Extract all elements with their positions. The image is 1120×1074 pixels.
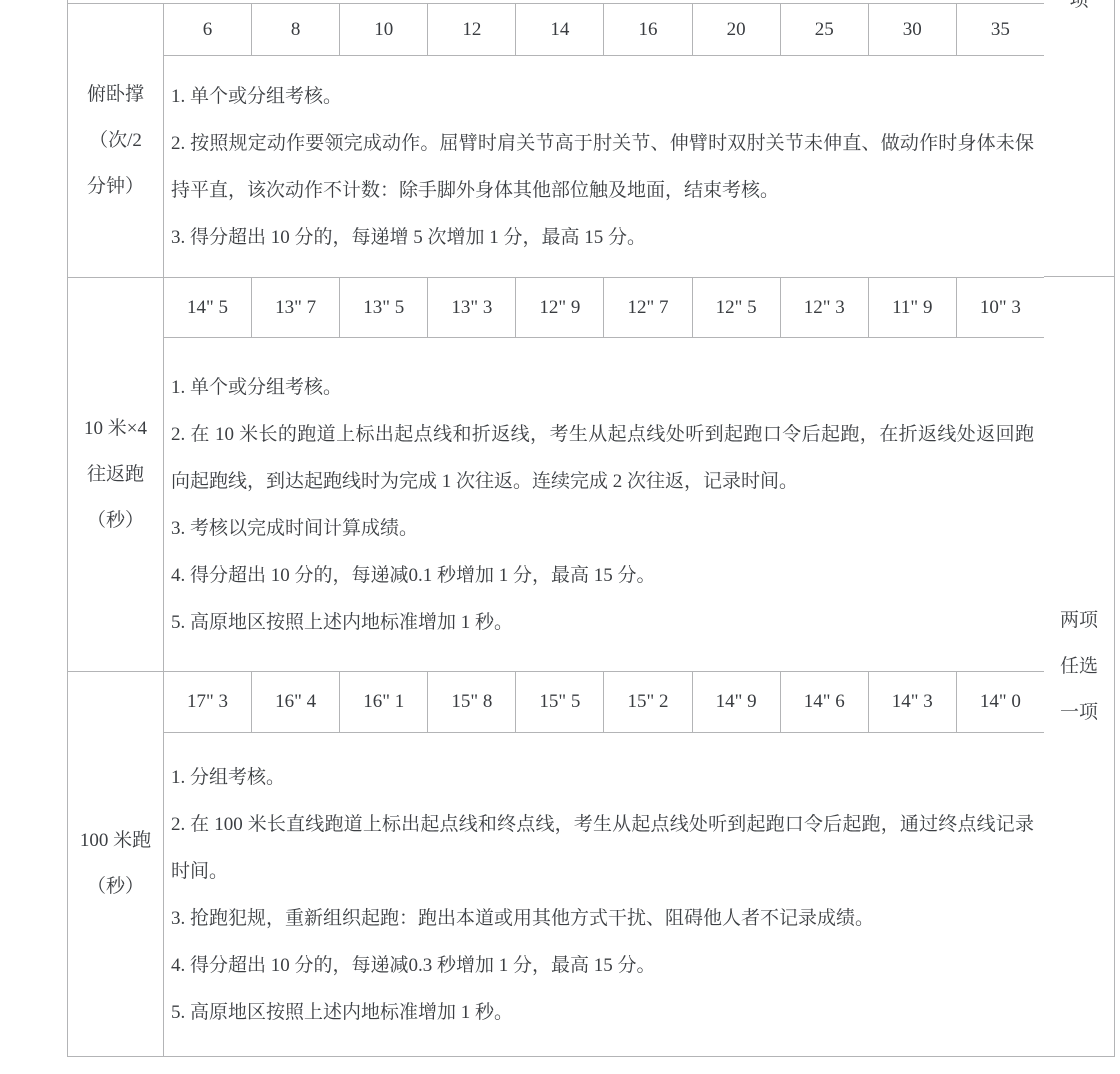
score-cell: 13" 3 <box>428 278 516 337</box>
score-header-row: 14" 5 13" 7 13" 5 13" 3 12" 9 12" 7 12" … <box>164 278 1044 338</box>
note-line: 3. 得分超出 10 分的，每递增 5 次增加 1 分，最高 15 分。 <box>171 214 1034 261</box>
selector-column: 项 两项 任选 一项 <box>1044 0 1115 1057</box>
note-line: 3. 考核以完成时间计算成绩。 <box>171 505 1034 552</box>
note-line: 1. 单个或分组考核。 <box>171 364 1034 411</box>
score-cell: 15" 8 <box>428 672 516 732</box>
score-cell: 10 <box>340 4 428 55</box>
item-name-pushups: 俯卧撑 （次/2 分钟） <box>68 4 164 277</box>
score-cell: 17" 3 <box>164 672 252 732</box>
score-header-row: 6 8 10 12 14 16 20 25 30 35 <box>164 4 1044 56</box>
score-cell: 15" 2 <box>604 672 692 732</box>
selector-top-cell: 项 <box>1044 0 1114 277</box>
score-cell: 14" 6 <box>781 672 869 732</box>
score-cell: 14" 0 <box>957 672 1044 732</box>
score-cell: 13" 7 <box>252 278 340 337</box>
score-cell: 16" 4 <box>252 672 340 732</box>
note-line: 1. 单个或分组考核。 <box>171 73 1034 120</box>
score-cell: 6 <box>164 4 252 55</box>
notes-cell: 1. 单个或分组考核。 2. 按照规定动作要领完成动作。屈臂时肩关节高于肘关节、… <box>164 56 1044 277</box>
score-cell: 10" 3 <box>957 278 1044 337</box>
score-cell: 35 <box>957 4 1044 55</box>
score-cell: 8 <box>252 4 340 55</box>
note-line: 4. 得分超出 10 分的，每递减0.3 秒增加 1 分，最高 15 分。 <box>171 942 1034 989</box>
note-line: 2. 在 100 米长直线跑道上标出起点线和终点线，考生从起点线处听到起跑口令后… <box>171 801 1034 895</box>
table-row-100m-run: 100 米跑 （秒） 17" 3 16" 4 16" 1 15" 8 15" 5… <box>68 671 1044 1056</box>
score-cell: 14" 9 <box>693 672 781 732</box>
score-cell: 12" 9 <box>516 278 604 337</box>
score-cell: 30 <box>869 4 957 55</box>
note-line: 3. 抢跑犯规，重新组织起跑：跑出本道或用其他方式干扰、阻碍他人者不记录成绩。 <box>171 895 1034 942</box>
item-name-shuttle-run: 10 米×4 往返跑 （秒） <box>68 278 164 671</box>
score-cell: 16 <box>604 4 692 55</box>
table-row-shuttle-run: 10 米×4 往返跑 （秒） 14" 5 13" 7 13" 5 13" 3 1… <box>68 277 1044 671</box>
score-cell: 16" 1 <box>340 672 428 732</box>
notes-cell: 1. 分组考核。 2. 在 100 米长直线跑道上标出起点线和终点线，考生从起点… <box>164 733 1044 1056</box>
document-page: 俯卧撑 （次/2 分钟） 6 8 10 12 14 16 20 25 30 35… <box>0 0 1120 1074</box>
score-cell: 12" 7 <box>604 278 692 337</box>
note-line: 5. 高原地区按照上述内地标准增加 1 秒。 <box>171 989 1034 1036</box>
score-cell: 11" 9 <box>869 278 957 337</box>
score-cell: 13" 5 <box>340 278 428 337</box>
selector-choose-one-of-two: 两项 任选 一项 <box>1044 277 1114 1056</box>
score-cell: 14 <box>516 4 604 55</box>
score-cell: 12 <box>428 4 516 55</box>
note-line: 1. 分组考核。 <box>171 754 1034 801</box>
notes-cell: 1. 单个或分组考核。 2. 在 10 米长的跑道上标出起点线和折返线，考生从起… <box>164 338 1044 671</box>
item-name-100m-run: 100 米跑 （秒） <box>68 672 164 1056</box>
row-content: 14" 5 13" 7 13" 5 13" 3 12" 9 12" 7 12" … <box>164 278 1044 671</box>
score-header-row: 17" 3 16" 4 16" 1 15" 8 15" 5 15" 2 14" … <box>164 672 1044 733</box>
score-cell: 12" 5 <box>693 278 781 337</box>
row-content: 17" 3 16" 4 16" 1 15" 8 15" 5 15" 2 14" … <box>164 672 1044 1056</box>
score-cell: 20 <box>693 4 781 55</box>
clipped-partial-text: 项 <box>1069 0 1088 276</box>
row-content: 6 8 10 12 14 16 20 25 30 35 1. 单个或分组考核。 … <box>164 4 1044 277</box>
score-cell: 25 <box>781 4 869 55</box>
score-cell: 15" 5 <box>516 672 604 732</box>
note-line: 2. 按照规定动作要领完成动作。屈臂时肩关节高于肘关节、伸臂时双肘关节未伸直、做… <box>171 120 1034 214</box>
note-line: 2. 在 10 米长的跑道上标出起点线和折返线，考生从起点线处听到起跑口令后起跑… <box>171 411 1034 505</box>
fitness-score-table: 俯卧撑 （次/2 分钟） 6 8 10 12 14 16 20 25 30 35… <box>67 0 1045 1057</box>
score-cell: 12" 3 <box>781 278 869 337</box>
score-cell: 14" 5 <box>164 278 252 337</box>
score-cell: 14" 3 <box>869 672 957 732</box>
table-row-pushups: 俯卧撑 （次/2 分钟） 6 8 10 12 14 16 20 25 30 35… <box>68 4 1044 277</box>
note-line: 4. 得分超出 10 分的，每递减0.1 秒增加 1 分，最高 15 分。 <box>171 552 1034 599</box>
note-line: 5. 高原地区按照上述内地标准增加 1 秒。 <box>171 599 1034 646</box>
